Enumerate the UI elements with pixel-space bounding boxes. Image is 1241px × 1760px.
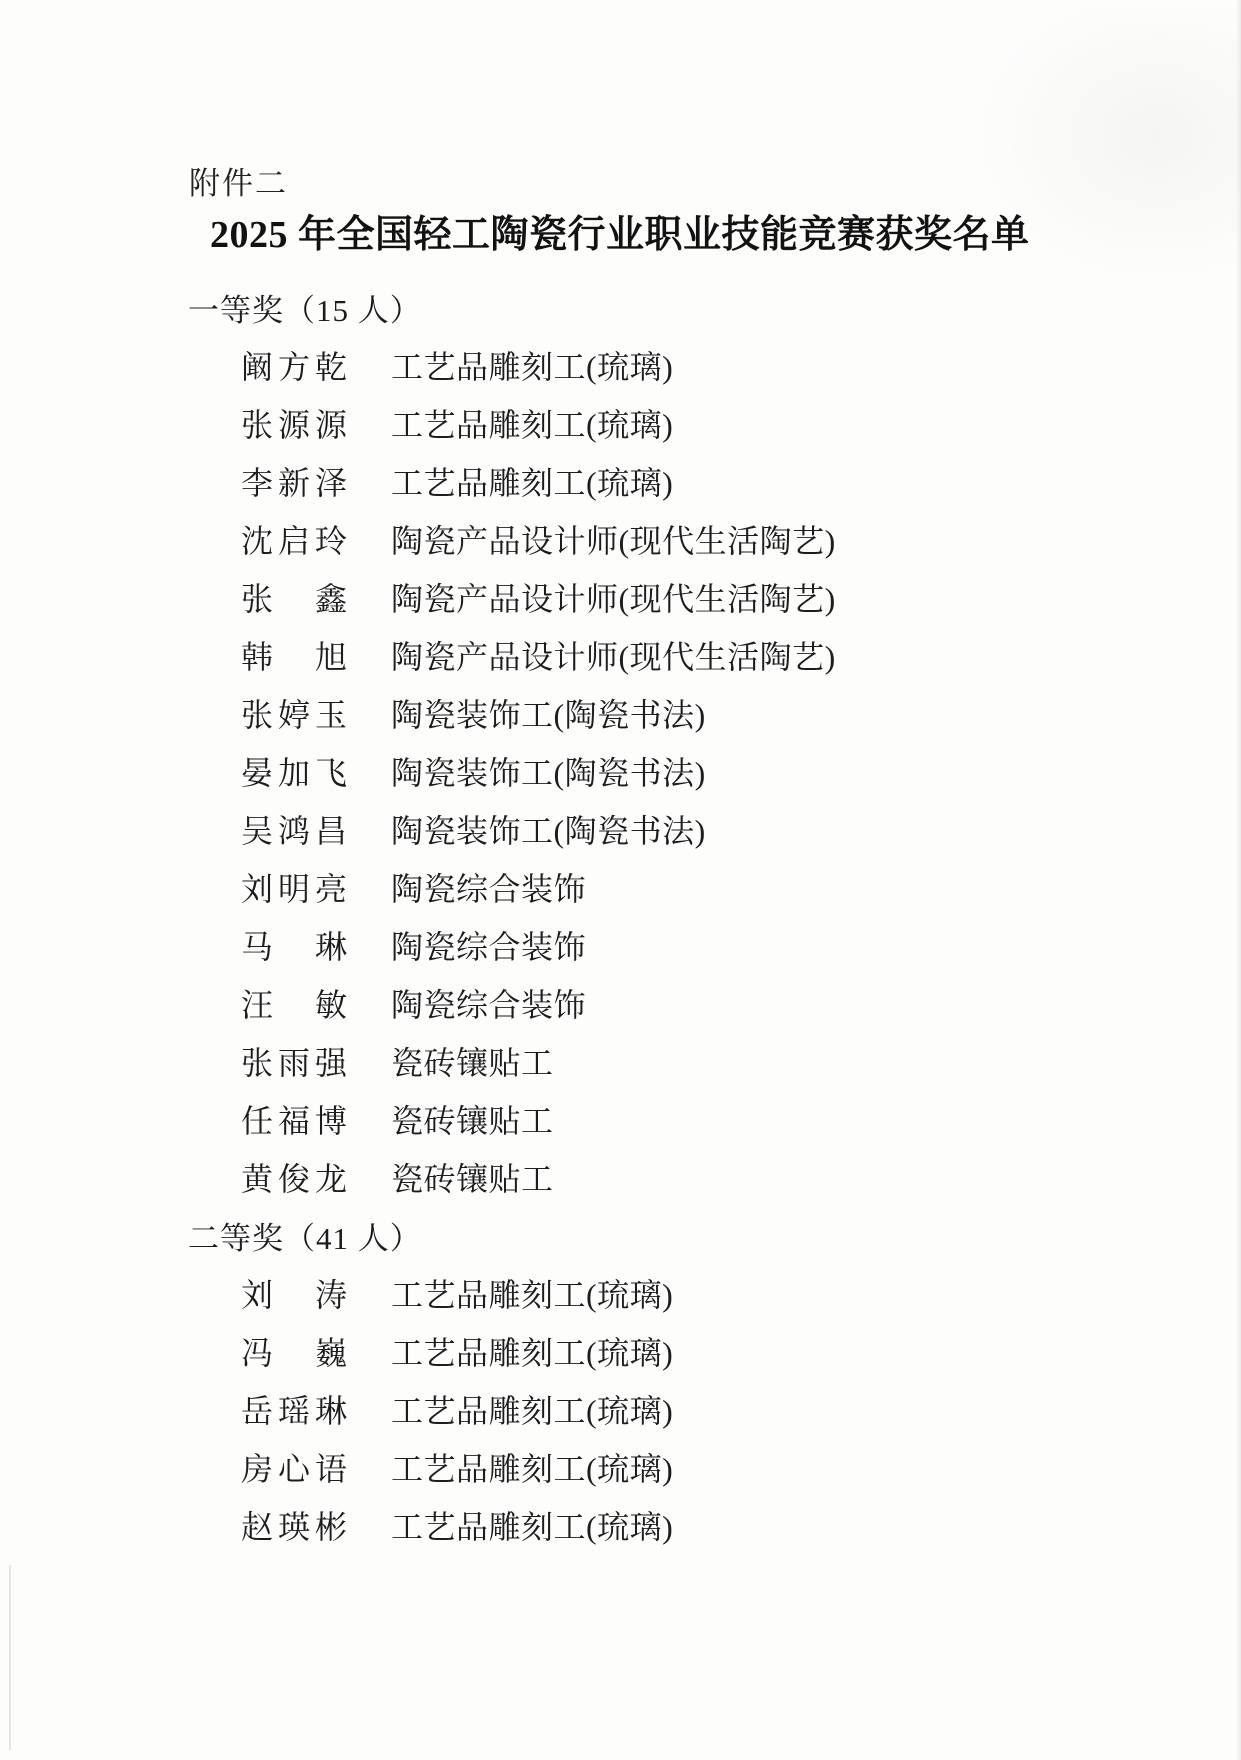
winner-name: 岳瑶琳 bbox=[241, 1386, 347, 1432]
winner-name: 韩旭 bbox=[241, 632, 347, 678]
award-entry: 赵瑛彬工艺品雕刻工(琉璃) bbox=[0, 1496, 1241, 1554]
winner-name: 汪敏 bbox=[241, 980, 347, 1026]
winner-name: 房心语 bbox=[241, 1444, 347, 1490]
award-entry: 刘明亮陶瓷综合装饰 bbox=[0, 858, 1241, 916]
winner-name: 黄俊龙 bbox=[241, 1154, 347, 1200]
winner-name: 刘涛 bbox=[241, 1270, 347, 1316]
competition-category: 工艺品雕刻工(琉璃) bbox=[391, 1386, 673, 1432]
competition-category: 工艺品雕刻工(琉璃) bbox=[391, 1502, 673, 1548]
competition-category: 陶瓷产品设计师(现代生活陶艺) bbox=[391, 516, 836, 562]
winner-name: 马琳 bbox=[241, 922, 347, 968]
award-entry: 阚方乾工艺品雕刻工(琉璃) bbox=[0, 336, 1241, 394]
award-entry: 李新泽工艺品雕刻工(琉璃) bbox=[0, 452, 1241, 510]
competition-category: 瓷砖镶贴工 bbox=[391, 1096, 554, 1142]
award-entry: 韩旭陶瓷产品设计师(现代生活陶艺) bbox=[0, 626, 1241, 684]
winner-name: 阚方乾 bbox=[241, 342, 347, 388]
scan-left-edge-line bbox=[9, 1565, 11, 1750]
competition-category: 工艺品雕刻工(琉璃) bbox=[391, 458, 673, 504]
winner-name: 李新泽 bbox=[241, 458, 347, 504]
document-page: 附件二 2025 年全国轻工陶瓷行业职业技能竞赛获奖名单 一等奖（15 人）阚方… bbox=[0, 0, 1241, 1760]
section-heading: 二等奖（41 人） bbox=[0, 1206, 1241, 1264]
competition-category: 陶瓷装饰工(陶瓷书法) bbox=[391, 690, 706, 736]
winner-name: 任福博 bbox=[241, 1096, 347, 1142]
scan-smudge bbox=[941, 10, 1241, 310]
section-heading: 一等奖（15 人） bbox=[0, 278, 1241, 336]
winner-name: 张源源 bbox=[241, 400, 347, 446]
award-entry: 马琳陶瓷综合装饰 bbox=[0, 916, 1241, 974]
winner-name: 刘明亮 bbox=[241, 864, 347, 910]
competition-category: 工艺品雕刻工(琉璃) bbox=[391, 1270, 673, 1316]
winner-name: 沈启玲 bbox=[241, 516, 347, 562]
award-entry: 黄俊龙瓷砖镶贴工 bbox=[0, 1148, 1241, 1206]
award-entry: 张鑫陶瓷产品设计师(现代生活陶艺) bbox=[0, 568, 1241, 626]
award-entry: 张源源工艺品雕刻工(琉璃) bbox=[0, 394, 1241, 452]
award-entry: 冯巍工艺品雕刻工(琉璃) bbox=[0, 1322, 1241, 1380]
competition-category: 工艺品雕刻工(琉璃) bbox=[391, 1444, 673, 1490]
competition-category: 瓷砖镶贴工 bbox=[391, 1038, 554, 1084]
award-entry: 张雨强瓷砖镶贴工 bbox=[0, 1032, 1241, 1090]
award-entry: 任福博瓷砖镶贴工 bbox=[0, 1090, 1241, 1148]
winner-name: 吴鸿昌 bbox=[241, 806, 347, 852]
winner-name: 张雨强 bbox=[241, 1038, 347, 1084]
competition-category: 陶瓷装饰工(陶瓷书法) bbox=[391, 806, 706, 852]
award-entry: 吴鸿昌陶瓷装饰工(陶瓷书法) bbox=[0, 800, 1241, 858]
competition-category: 工艺品雕刻工(琉璃) bbox=[391, 400, 673, 446]
winner-name: 张鑫 bbox=[241, 574, 347, 620]
competition-category: 陶瓷综合装饰 bbox=[391, 980, 586, 1026]
competition-category: 陶瓷产品设计师(现代生活陶艺) bbox=[391, 574, 836, 620]
competition-category: 工艺品雕刻工(琉璃) bbox=[391, 1328, 673, 1374]
award-entry: 汪敏陶瓷综合装饰 bbox=[0, 974, 1241, 1032]
award-entry: 晏加飞陶瓷装饰工(陶瓷书法) bbox=[0, 742, 1241, 800]
award-sections: 一等奖（15 人）阚方乾工艺品雕刻工(琉璃)张源源工艺品雕刻工(琉璃)李新泽工艺… bbox=[0, 278, 1241, 1554]
competition-category: 陶瓷综合装饰 bbox=[391, 864, 586, 910]
competition-category: 陶瓷装饰工(陶瓷书法) bbox=[391, 748, 706, 794]
winner-name: 冯巍 bbox=[241, 1328, 347, 1374]
competition-category: 陶瓷综合装饰 bbox=[391, 922, 586, 968]
award-entry: 刘涛工艺品雕刻工(琉璃) bbox=[0, 1264, 1241, 1322]
winner-name: 张婷玉 bbox=[241, 690, 347, 736]
award-entry: 房心语工艺品雕刻工(琉璃) bbox=[0, 1438, 1241, 1496]
winner-name: 晏加飞 bbox=[241, 748, 347, 794]
award-entry: 沈启玲陶瓷产品设计师(现代生活陶艺) bbox=[0, 510, 1241, 568]
award-entry: 岳瑶琳工艺品雕刻工(琉璃) bbox=[0, 1380, 1241, 1438]
award-entry: 张婷玉陶瓷装饰工(陶瓷书法) bbox=[0, 684, 1241, 742]
competition-category: 工艺品雕刻工(琉璃) bbox=[391, 342, 673, 388]
attachment-label: 附件二 bbox=[189, 158, 288, 203]
competition-category: 陶瓷产品设计师(现代生活陶艺) bbox=[391, 632, 836, 678]
document-title: 2025 年全国轻工陶瓷行业职业技能竞赛获奖名单 bbox=[210, 203, 1030, 258]
winner-name: 赵瑛彬 bbox=[241, 1502, 347, 1548]
competition-category: 瓷砖镶贴工 bbox=[391, 1154, 554, 1200]
